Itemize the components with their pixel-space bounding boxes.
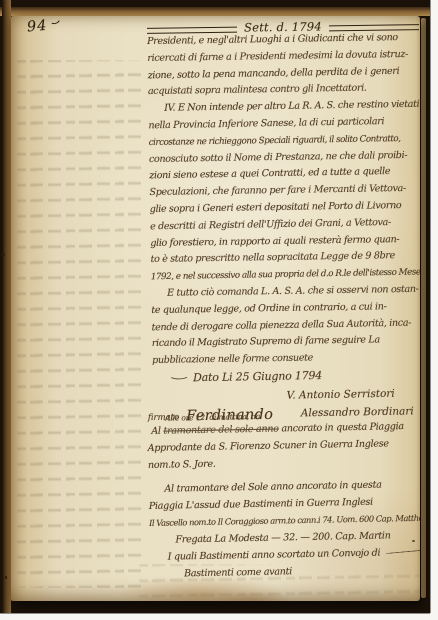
- binding-spine: [2, 0, 11, 613]
- book-board-top: [0, 7, 430, 16]
- ink-speck: [5, 576, 7, 579]
- page-edge: [421, 18, 426, 598]
- ink-speck: [412, 540, 415, 542]
- dateline: Dato Li 25 Giugno 1794: [147, 367, 420, 385]
- flourish-curl-icon: [47, 16, 62, 26]
- sunset-entry: Al tramontare del Sole anno ancorato in …: [148, 476, 420, 583]
- page-number: 94: [26, 17, 62, 36]
- diary-entries: Alle ore 12. di mattina, ha Al tramontar…: [147, 409, 420, 583]
- dash-flourish-icon: [385, 549, 420, 554]
- book-page: 94 Sett. d. 1794 Presidenti, e negl'altr…: [11, 16, 420, 601]
- signature-serristori: V. Antonio Serristori: [286, 388, 394, 402]
- ink-speck: [2, 253, 5, 256]
- swash-icon: [169, 371, 189, 379]
- decree-line: pubblicazione nelle forme consuete: [152, 349, 420, 370]
- manuscript-photo: 94 Sett. d. 1794 Presidenti, e negl'altr…: [0, 0, 430, 613]
- struck-text: tramontare del sole anno: [163, 423, 278, 436]
- decree-text: Presidenti, e negl'altri Luoghi a i Giud…: [147, 30, 420, 370]
- bleedthrough-left-margin: [17, 60, 143, 588]
